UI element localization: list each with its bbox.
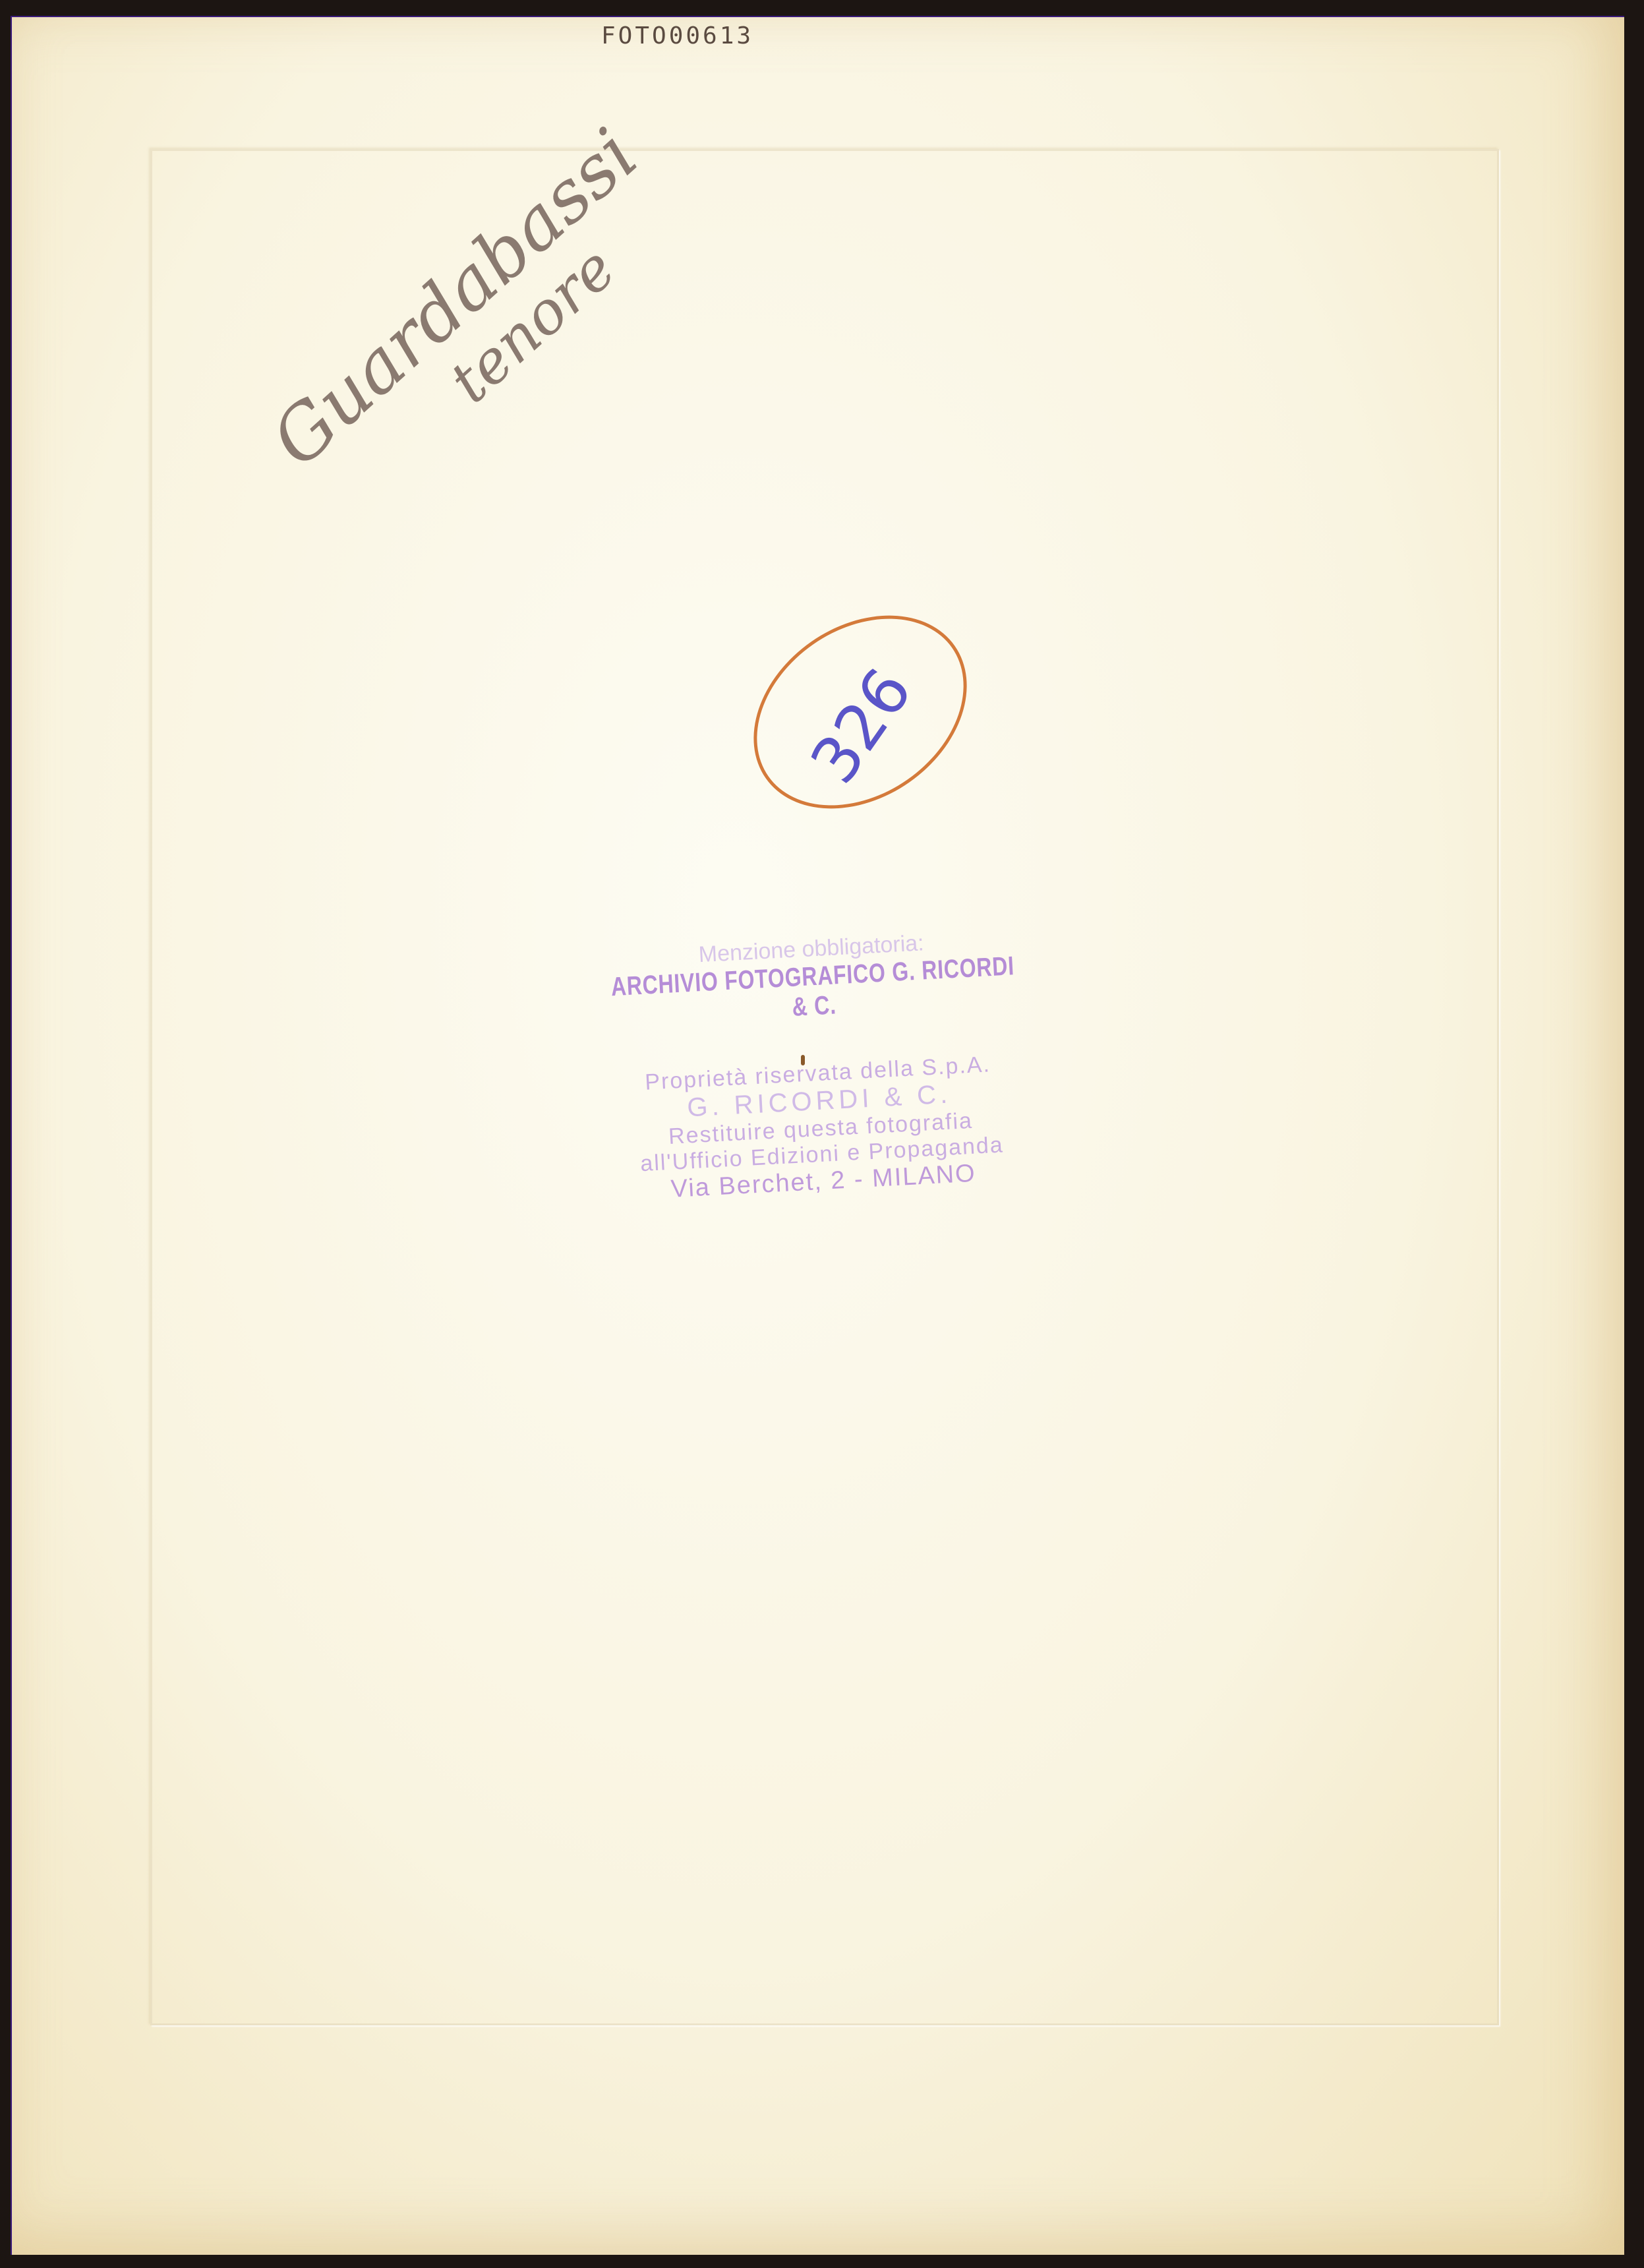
- archive-stamp: Menzione obbligatoria: ARCHIVIO FOTOGRAF…: [547, 922, 1088, 1209]
- paper-speck: [801, 1055, 805, 1065]
- catalog-number: FOTO00613: [601, 22, 753, 49]
